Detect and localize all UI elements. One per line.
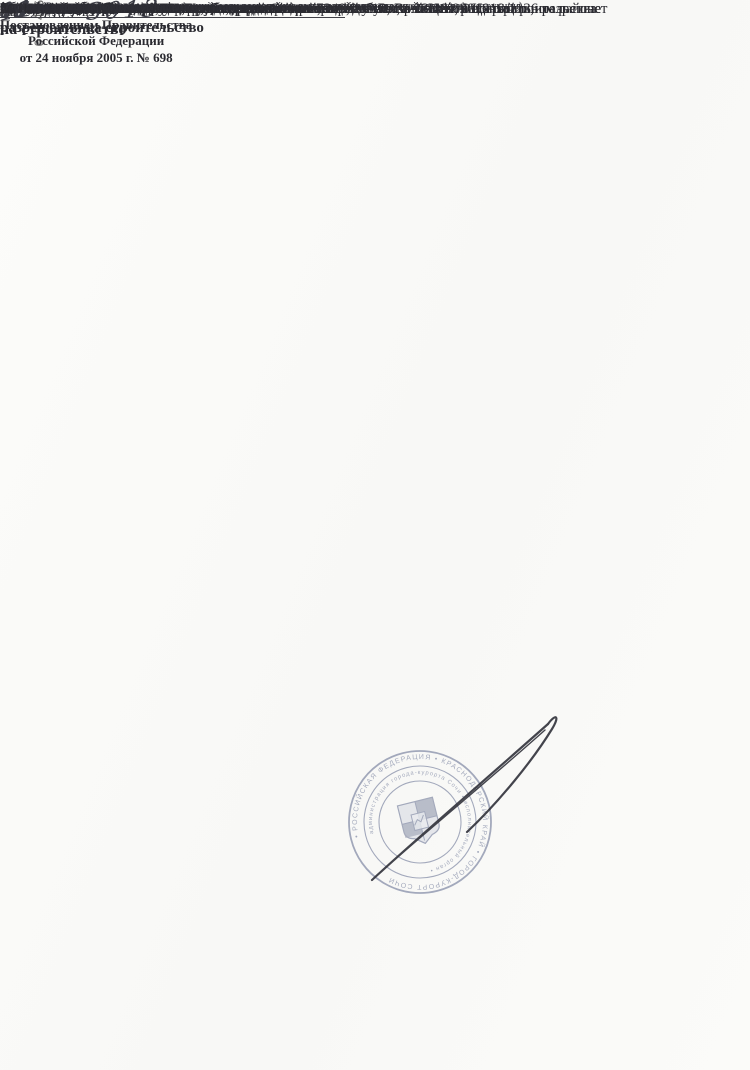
approval-line-4: от 24 ноября 2005 г. № 698 (0, 50, 192, 67)
scanned-construction-permit: 004610 • РОССИЙСКАЯ ФЕДЕРАЦИЯ • КРАСНОДА… (0, 0, 750, 1070)
seal-place-label-2: М.П. (0, 0, 32, 19)
pen-signature (355, 700, 570, 895)
